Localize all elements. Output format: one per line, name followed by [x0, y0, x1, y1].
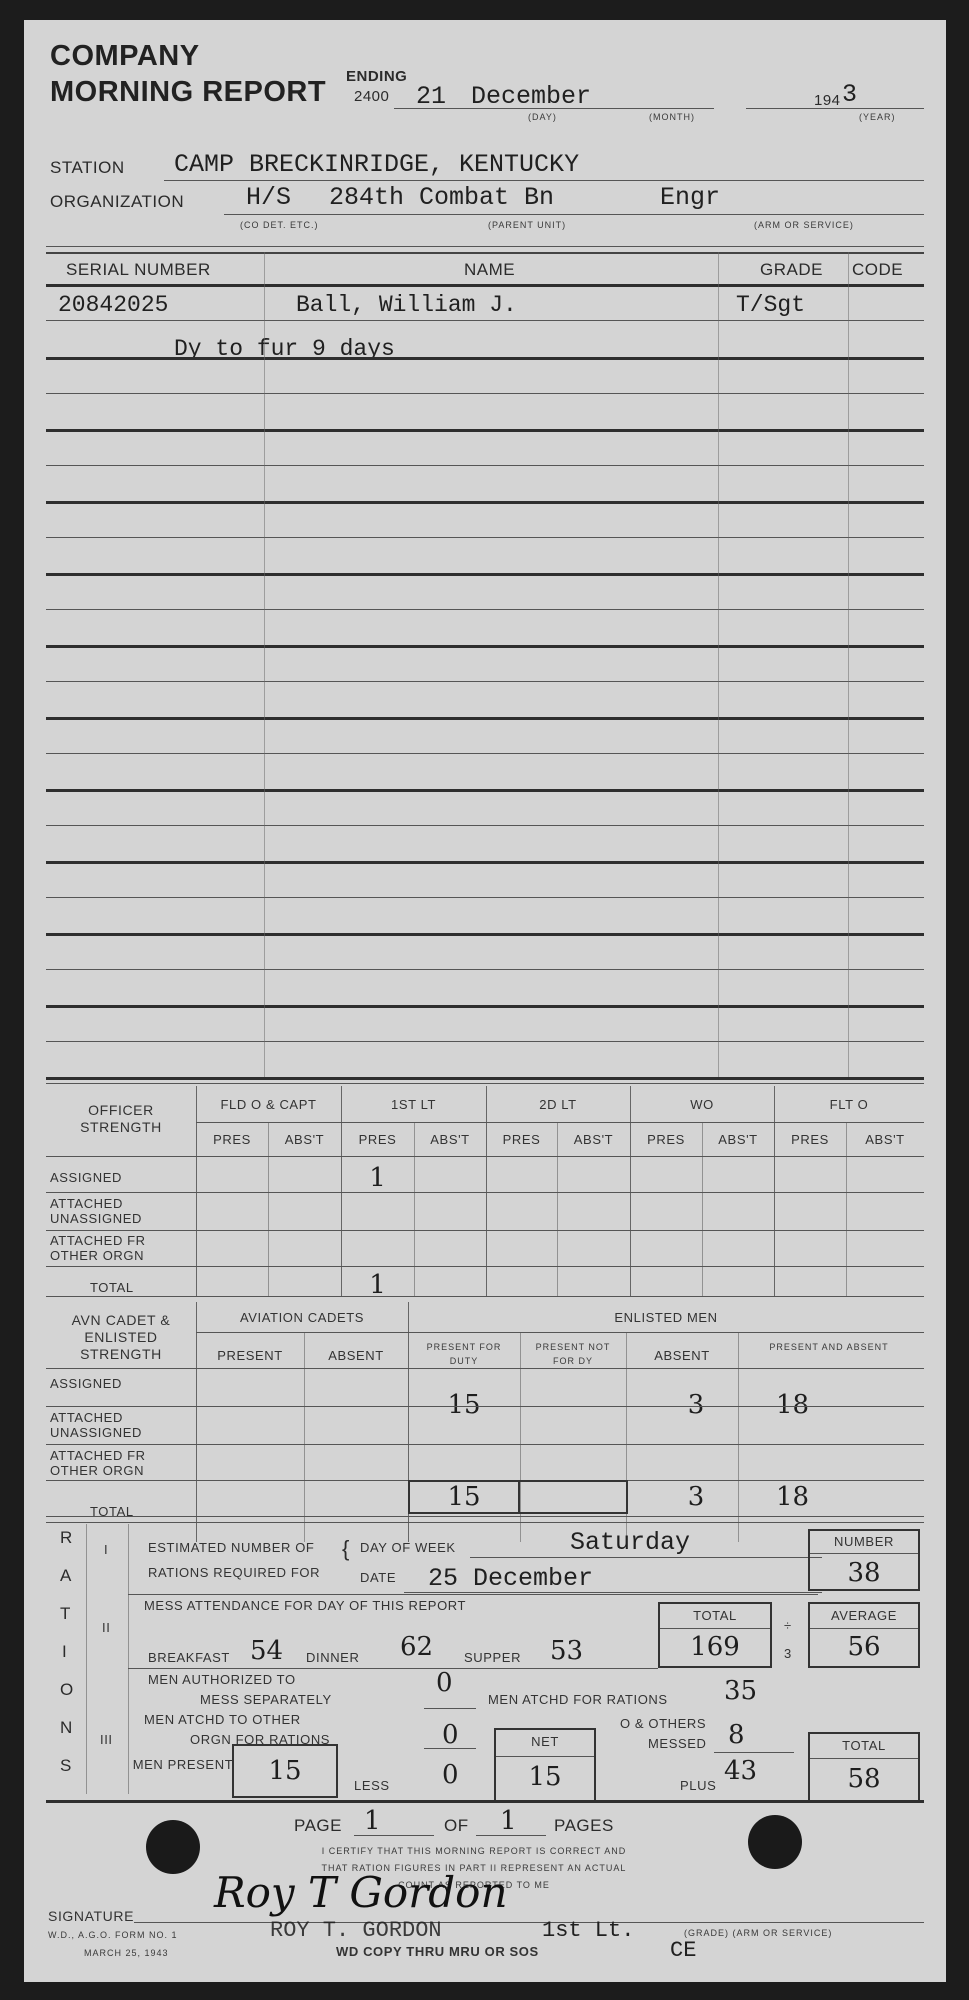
entry-serial: 20842025: [58, 292, 168, 318]
form-number: W.D., A.G.O. FORM NO. 1: [48, 1930, 178, 1940]
breakfast-label: BREAKFAST: [148, 1650, 230, 1665]
station-label: STATION: [50, 158, 125, 178]
subcol-pres: PRES: [774, 1132, 846, 1147]
report-month: December: [471, 82, 591, 111]
assigned-absent: 3: [654, 1390, 738, 1420]
punch-hole-right: [748, 1815, 802, 1869]
typed-arm: CE: [670, 1938, 696, 1963]
typed-grade: 1st Lt.: [542, 1918, 634, 1943]
day-caption: (DAY): [528, 112, 557, 122]
men-present-label: MEN PRESENT: [128, 1758, 238, 1772]
form-title-line1: COMPANY: [50, 38, 200, 74]
report-day: 21: [416, 82, 446, 111]
supper-value: 53: [550, 1636, 583, 1666]
plus-label: PLUS: [680, 1778, 716, 1793]
part1-label-line2: RATIONS REQUIRED FOR: [148, 1565, 320, 1580]
entry-name: Ball, William J.: [296, 292, 517, 318]
breakfast-value: 54: [250, 1636, 283, 1666]
divide-sign: ÷: [784, 1618, 792, 1633]
col-present-not-for-duty: PRESENT NOT FOR DY: [524, 1340, 622, 1368]
ending-time: 2400: [354, 88, 389, 105]
subcol-abst: ABS'T: [414, 1132, 486, 1147]
row-attached-unassigned-label: ATTACHED UNASSIGNED: [50, 1196, 190, 1226]
organization-company: H/S: [246, 183, 291, 212]
col-name: NAME: [464, 260, 515, 280]
brace-icon: {: [342, 1536, 350, 1562]
assigned-present-and-absent: 18: [776, 1390, 809, 1420]
rations-letter-o: O: [60, 1680, 74, 1700]
assigned-1st-lt-pres: 1: [341, 1163, 414, 1193]
subcol-pres: PRES: [341, 1132, 414, 1147]
part3-numeral: III: [100, 1732, 113, 1747]
group-fld-o-capt: FLD O & CAPT: [196, 1097, 341, 1112]
mess-total-value: 169: [660, 1632, 770, 1662]
of-label: OF: [444, 1816, 469, 1836]
station-value: CAMP BRECKINRIDGE, KENTUCKY: [174, 150, 579, 179]
rations-letter-t: T: [60, 1604, 71, 1624]
rations-total-label: TOTAL: [810, 1738, 918, 1753]
number-value: 38: [810, 1558, 918, 1588]
less-value: 0: [442, 1760, 459, 1790]
signature-label: SIGNATURE: [48, 1908, 134, 1924]
part1-numeral: I: [104, 1542, 108, 1557]
col-cadets-present: PRESENT: [196, 1348, 304, 1363]
assigned-present-for-duty: 15: [408, 1390, 520, 1420]
day-of-week-label: DAY OF WEEK: [360, 1540, 456, 1555]
group-1st-lt: 1ST LT: [341, 1097, 486, 1112]
plus-value: 43: [724, 1756, 757, 1786]
copy-note: WD COPY THRU MRU OR SOS: [336, 1944, 539, 1959]
net-value: 15: [496, 1762, 594, 1792]
subcol-pres: PRES: [196, 1132, 268, 1147]
month-caption: (MONTH): [649, 112, 695, 122]
rations-letter-r: R: [60, 1528, 73, 1548]
subcol-abst: ABS'T: [846, 1132, 924, 1147]
part2-title: MESS ATTENDANCE FOR DAY OF THIS REPORT: [144, 1598, 466, 1613]
col-present-for-duty: PRESENT FOR DUTY: [416, 1340, 512, 1368]
form-date: MARCH 25, 1943: [84, 1948, 169, 1958]
group-flt-o: FLT O: [774, 1097, 924, 1112]
enlisted-strength-title: AVN CADET & ENLISTED STRENGTH: [46, 1312, 196, 1363]
average-label: AVERAGE: [810, 1608, 918, 1623]
group-enlisted-men: ENLISTED MEN: [408, 1310, 924, 1325]
atchd-value: 35: [724, 1676, 757, 1706]
rations-letter-n: N: [60, 1718, 73, 1738]
report-year: 3: [842, 80, 857, 109]
rations-letter-a: A: [60, 1566, 72, 1586]
col-grade: GRADE: [760, 260, 823, 280]
subcol-pres: PRES: [486, 1132, 557, 1147]
dinner-label: DINNER: [306, 1650, 359, 1665]
group-2d-lt: 2D LT: [486, 1097, 630, 1112]
subcol-abst: ABS'T: [268, 1132, 341, 1147]
date-label: DATE: [360, 1570, 396, 1585]
other-label-line1: MEN ATCHD TO OTHER: [144, 1712, 301, 1727]
row-total-label: TOTAL: [90, 1280, 134, 1295]
auth-label-line2: MESS SEPARATELY: [200, 1692, 332, 1707]
group-wo: WO: [630, 1097, 774, 1112]
o-others-label-line2: MESSED: [648, 1736, 707, 1751]
subcol-pres: PRES: [630, 1132, 702, 1147]
signature: Roy T Gordon: [214, 1868, 508, 1917]
organization-parent: 284th Combat Bn: [329, 183, 554, 212]
men-present-value: 15: [234, 1756, 336, 1786]
page-label: PAGE: [294, 1816, 342, 1836]
o-others-label-line1: O & OTHERS: [620, 1716, 706, 1731]
other-value: 0: [442, 1720, 459, 1750]
mess-total-label: TOTAL: [660, 1608, 770, 1623]
year-caption: (YEAR): [859, 112, 896, 122]
atchd-label: MEN ATCHD FOR RATIONS: [488, 1692, 668, 1707]
number-label: NUMBER: [810, 1534, 918, 1549]
subcol-abst: ABS'T: [557, 1132, 630, 1147]
ending-label: ENDING: [346, 68, 407, 85]
supper-label: SUPPER: [464, 1650, 521, 1665]
pages-label: PAGES: [554, 1816, 614, 1836]
organization-arm: Engr: [660, 183, 720, 212]
col-cadets-absent: ABSENT: [304, 1348, 408, 1363]
arm-caption: (ARM OR SERVICE): [754, 220, 854, 230]
rations-total-value: 58: [810, 1764, 918, 1794]
col-serial-number: SERIAL NUMBER: [66, 260, 211, 280]
enl-row-attached-unassigned-label: ATTACHED UNASSIGNED: [50, 1410, 190, 1440]
certify-line1: I CERTIFY THAT THIS MORNING REPORT IS CO…: [224, 1846, 724, 1856]
net-label: NET: [496, 1734, 594, 1749]
subcol-abst: ABS'T: [702, 1132, 774, 1147]
group-aviation-cadets: AVIATION CADETS: [196, 1310, 408, 1325]
rations-letter-i: I: [62, 1642, 67, 1662]
total-absent: 3: [654, 1482, 738, 1512]
row-attached-fr-other-label: ATTACHED FR OTHER ORGN: [50, 1233, 190, 1263]
enl-row-assigned-label: ASSIGNED: [50, 1376, 122, 1391]
part2-numeral: II: [102, 1620, 110, 1635]
col-code: CODE: [852, 260, 903, 280]
typed-name: ROY T. GORDON: [270, 1918, 442, 1943]
officer-strength-title: OFFICER STRENGTH: [46, 1102, 196, 1136]
col-enlisted-absent: ABSENT: [626, 1348, 738, 1363]
grade-caption: (GRADE) (ARM OR SERVICE): [684, 1928, 832, 1938]
row-assigned-label: ASSIGNED: [50, 1170, 122, 1185]
total-present-for-duty: 15: [408, 1482, 520, 1512]
dinner-value: 62: [400, 1632, 433, 1662]
average-value: 56: [810, 1632, 918, 1662]
company-caption: (CO DET. ETC.): [240, 220, 319, 230]
rations-letter-s: S: [60, 1756, 72, 1776]
day-of-week-value: Saturday: [570, 1528, 690, 1557]
page-value: 1: [364, 1806, 381, 1836]
organization-label: ORGANIZATION: [50, 192, 184, 212]
total-present-not-for-duty-box: [518, 1480, 628, 1514]
part1-label-line1: ESTIMATED NUMBER OF: [148, 1540, 314, 1555]
less-label: LESS: [354, 1778, 390, 1793]
enl-row-attached-fr-other-label: ATTACHED FR OTHER ORGN: [50, 1448, 190, 1478]
date-value: 25 December: [428, 1564, 593, 1593]
entry-grade: T/Sgt: [736, 292, 805, 318]
form-title-line2: MORNING REPORT: [50, 74, 326, 110]
col-present-and-absent: PRESENT AND ABSENT: [764, 1340, 894, 1354]
o-others-value: 8: [728, 1720, 745, 1750]
auth-label-line1: MEN AUTHORIZED TO: [148, 1672, 296, 1687]
parent-caption: (PARENT UNIT): [488, 220, 566, 230]
auth-value: 0: [436, 1668, 453, 1698]
divide-by: 3: [784, 1646, 792, 1661]
total-present-and-absent: 18: [776, 1482, 809, 1512]
punch-hole-left: [146, 1820, 200, 1874]
morning-report-form: COMPANY MORNING REPORT ENDING 2400 21 De…: [24, 20, 946, 1982]
year-prefix: 194: [814, 92, 841, 109]
of-value: 1: [500, 1806, 517, 1836]
